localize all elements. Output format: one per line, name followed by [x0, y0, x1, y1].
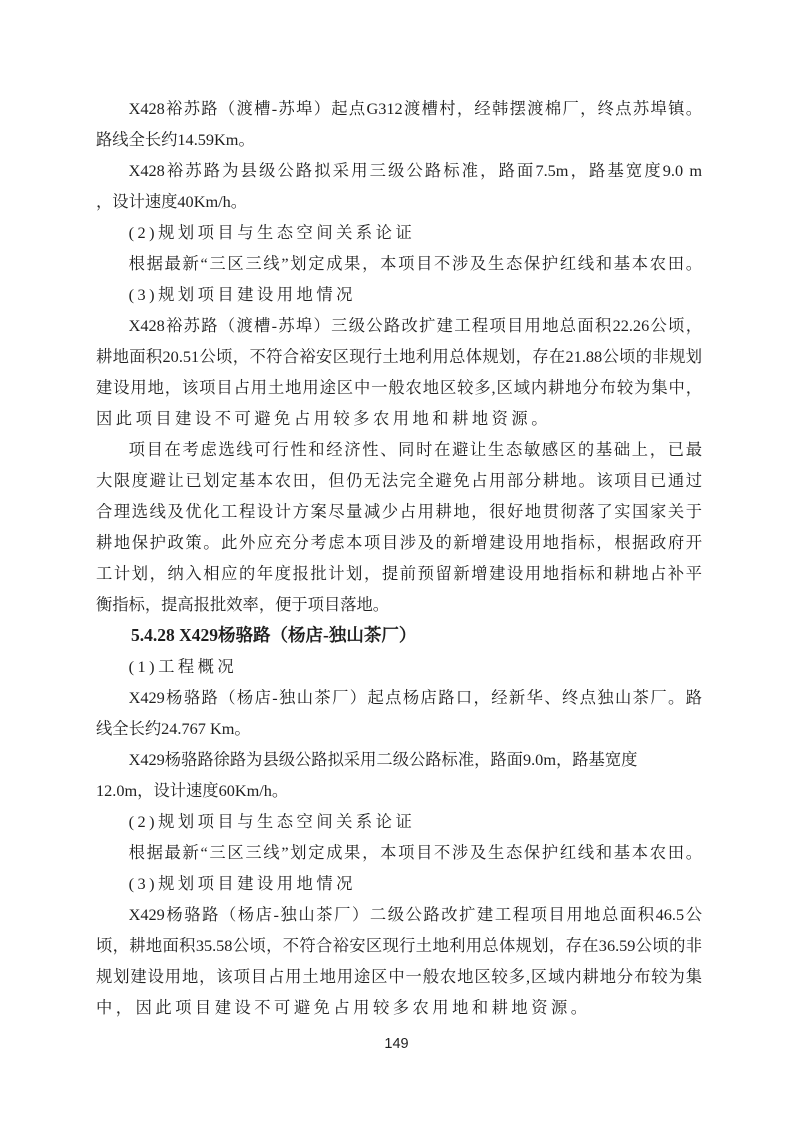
text-line: 衡指标，提高报批效率，便于项目落地。 [96, 589, 702, 620]
document-page: X428裕苏路（渡槽-苏埠）起点G312渡槽村，经韩摆渡棉厂，终点苏埠镇。路线全… [0, 0, 793, 1122]
text-line: 12.0m，设计速度60Km/h。 [96, 775, 702, 806]
text-line: 顷，耕地面积35.58公顷，不符合裕安区现行土地利用总体规划，存在36.59公顷… [96, 930, 702, 961]
text-line: 大限度避让已划定基本农田，但仍无法完全避免占用部分耕地。该项目已通过 [96, 465, 702, 496]
text-line: 因此项目建设不可避免占用较多农用地和耕地资源。 [96, 403, 702, 434]
text-line: X429杨骆路徐路为县级公路拟采用二级公路标准，路面9.0m，路基宽度 [96, 744, 702, 775]
section-heading: 5.4.28 X429杨骆路（杨店-独山茶厂） [96, 620, 702, 651]
text-line: (2)规划项目与生态空间关系论证 [96, 217, 702, 248]
document-content: X428裕苏路（渡槽-苏埠）起点G312渡槽村，经韩摆渡棉厂，终点苏埠镇。路线全… [96, 93, 702, 1023]
page-number: 149 [0, 1036, 793, 1052]
text-line: 项目在考虑选线可行性和经济性、同时在避让生态敏感区的基础上，已最 [96, 434, 702, 465]
text-line: (3)规划项目建设用地情况 [96, 279, 702, 310]
text-line: 规划建设用地，该项目占用土地用途区中一般农地区较多,区域内耕地分布较为集 [96, 961, 702, 992]
text-line: X428裕苏路（渡槽-苏埠）三级公路改扩建工程项目用地总面积22.26公顷， [96, 310, 702, 341]
text-line: (3)规划项目建设用地情况 [96, 868, 702, 899]
text-line: 根据最新“三区三线”划定成果，本项目不涉及生态保护红线和基本农田。 [96, 837, 702, 868]
text-line: (2)规划项目与生态空间关系论证 [96, 806, 702, 837]
text-line: ，设计速度40Km/h。 [96, 186, 702, 217]
text-line: 合理选线及优化工程设计方案尽量减少占用耕地，很好地贯彻落了实国家关于 [96, 496, 702, 527]
text-line: 线全长约24.767 Km。 [96, 713, 702, 744]
text-line: (1)工程概况 [96, 651, 702, 682]
text-line: 工计划，纳入相应的年度报批计划，提前预留新增建设用地指标和耕地占补平 [96, 558, 702, 589]
text-line: 中，因此项目建设不可避免占用较多农用地和耕地资源。 [96, 992, 702, 1023]
text-line: X428裕苏路（渡槽-苏埠）起点G312渡槽村，经韩摆渡棉厂，终点苏埠镇。 [96, 93, 702, 124]
text-line: 建设用地，该项目占用土地用途区中一般农地区较多,区域内耕地分布较为集中， [96, 372, 702, 403]
text-line: 耕地面积20.51公顷，不符合裕安区现行土地利用总体规划，存在21.88公顷的非… [96, 341, 702, 372]
text-line: 路线全长约14.59Km。 [96, 124, 702, 155]
text-line: 耕地保护政策。此外应充分考虑本项目涉及的新增建设用地指标，根据政府开 [96, 527, 702, 558]
text-line: X429杨骆路（杨店-独山茶厂）二级公路改扩建工程项目用地总面积46.5公 [96, 899, 702, 930]
text-line: 根据最新“三区三线”划定成果，本项目不涉及生态保护红线和基本农田。 [96, 248, 702, 279]
text-line: X429杨骆路（杨店-独山茶厂）起点杨店路口，经新华、终点独山茶厂。路 [96, 682, 702, 713]
text-line: X428裕苏路为县级公路拟采用三级公路标准，路面7.5m，路基宽度9.0 m [96, 155, 702, 186]
